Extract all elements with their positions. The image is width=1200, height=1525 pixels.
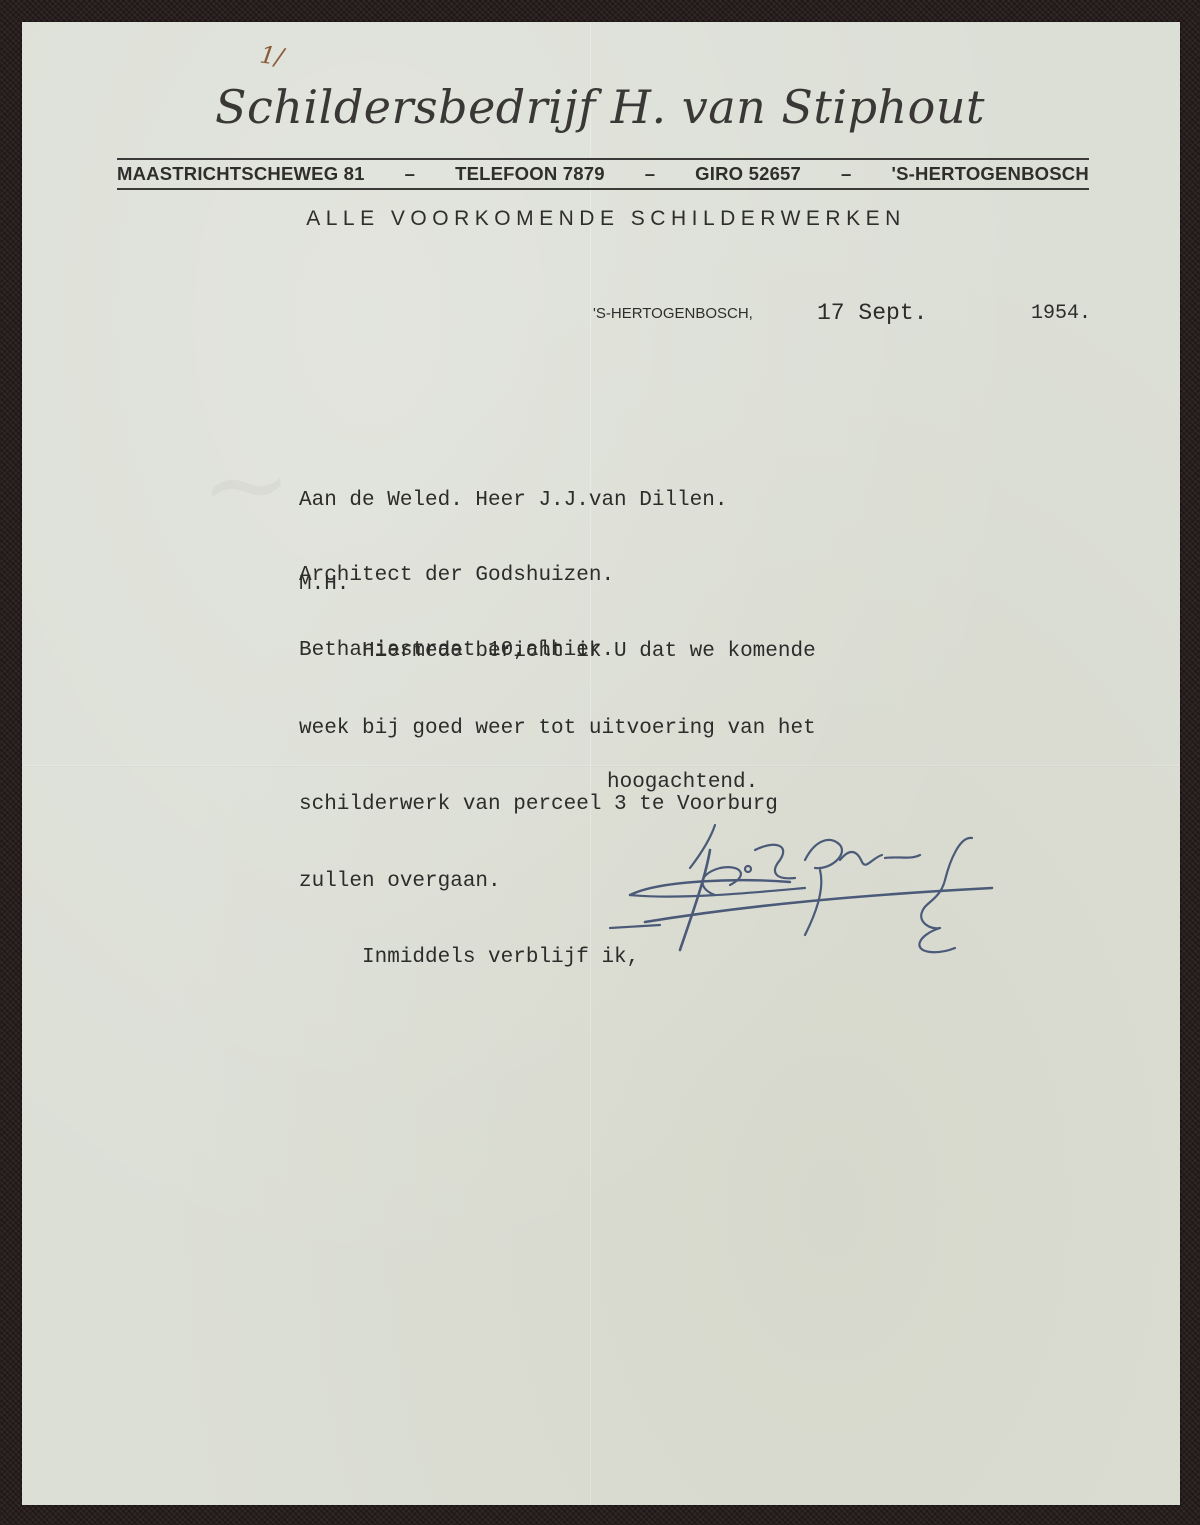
dateline-place: 'S-HERTOGENBOSCH,	[593, 305, 753, 322]
city: 'S-HERTOGENBOSCH	[892, 163, 1089, 185]
giro-number: GIRO 52657	[695, 163, 801, 185]
street-address: MAASTRICHTSCHEWEG 81	[117, 163, 365, 185]
separator: –	[645, 163, 656, 185]
addressee-line: Aan de Weled. Heer J.J.van Dillen.	[299, 488, 727, 513]
valediction: hoogachtend.	[607, 771, 758, 794]
separator: –	[405, 163, 416, 185]
letterhead-rule-top	[117, 158, 1089, 160]
pencil-annotation: 1/	[258, 41, 285, 72]
handwritten-signature	[600, 800, 1000, 960]
letterhead-rule-bottom	[117, 188, 1089, 190]
letterhead-address-line: MAASTRICHTSCHEWEG 81 – TELEFOON 7879 – G…	[117, 163, 1089, 185]
body-line: week bij goed weer tot uitvoering van he…	[299, 716, 816, 742]
separator: –	[841, 163, 852, 185]
telephone: TELEFOON 7879	[455, 163, 605, 185]
dateline-day-month: 17 Sept.	[817, 300, 927, 326]
body-line: Hiermede bericht ik U dat we komende	[299, 639, 816, 665]
show-through-watermark: ~	[198, 418, 295, 549]
letterhead-tagline: ALLE VOORKOMENDE SCHILDERWERKEN	[0, 207, 1200, 231]
addressee-line: Architect der Godshuizen.	[299, 563, 727, 588]
dateline-year: 1954.	[1031, 302, 1091, 325]
firm-name-heading: Schildersbedrijf H. van Stiphout	[0, 80, 1200, 134]
